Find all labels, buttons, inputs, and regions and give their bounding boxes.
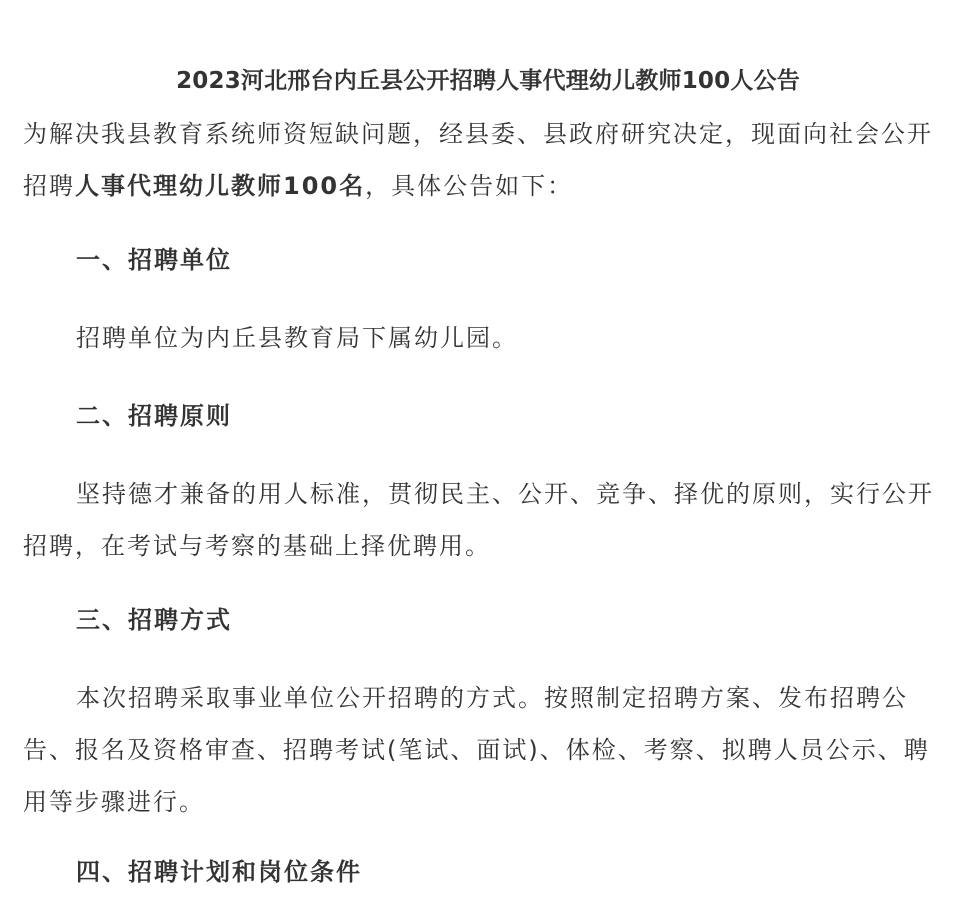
section-heading-1: 一、招聘单位 (76, 240, 232, 280)
section-body-2: 坚持德才兼备的用人标准，贯彻民主、公开、竞争、择优的原则，实行公开招聘，在考试与… (23, 468, 943, 572)
section-body-3: 本次招聘采取事业单位公开招聘的方式。按照制定招聘方案、发布招聘公告、报名及资格审… (23, 672, 943, 828)
section-heading-3: 三、招聘方式 (76, 600, 232, 640)
section-heading-2: 二、招聘原则 (76, 396, 232, 436)
section-body-1: 招聘单位为内丘县教育局下属幼儿园。 (23, 312, 943, 364)
intro-paragraph: 为解决我县教育系统师资短缺问题，经县委、县政府研究决定，现面向社会公开招聘人事代… (23, 108, 943, 212)
article-title: 2023河北邢台内丘县公开招聘人事代理幼儿教师100人公告 (0, 61, 976, 101)
intro-text-after: ，具体公告如下： (365, 172, 573, 200)
section-heading-4: 四、招聘计划和岗位条件 (76, 852, 362, 892)
article: 2023河北邢台内丘县公开招聘人事代理幼儿教师100人公告 为解决我县教育系统师… (0, 0, 976, 900)
intro-bold-text: 人事代理幼儿教师100名 (75, 172, 365, 200)
